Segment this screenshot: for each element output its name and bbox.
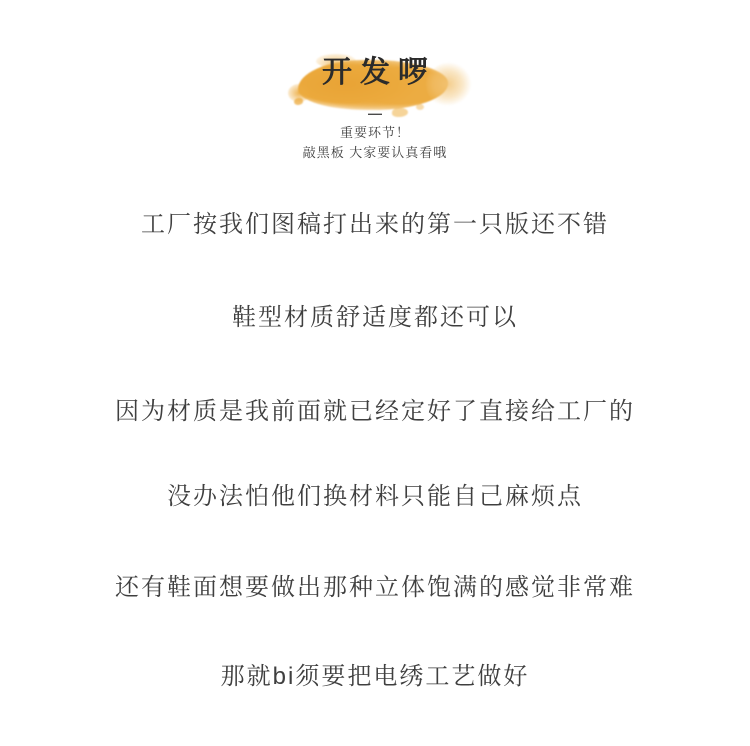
body-line: 那就bi须要把电绣工艺做好 xyxy=(0,660,750,694)
body-line: 因为材质是我前面就已经定好了直接给工厂的 xyxy=(0,395,750,429)
promo-content-image: 开发啰 — 重要环节！ 敲黑板 大家要认真看哦 工厂按我们图稿打出来的第一只版还… xyxy=(0,0,750,746)
body-line: 还有鞋面想要做出那种立体饱满的感觉非常难 xyxy=(0,571,750,605)
page-title: 开发啰 xyxy=(0,56,750,90)
body-line: 没办法怕他们换材料只能自己麻烦点 xyxy=(0,480,750,514)
body-line: 鞋型材质舒适度都还可以 xyxy=(0,301,750,335)
body-line: 工厂按我们图稿打出来的第一只版还不错 xyxy=(0,208,750,242)
subtitle-emphasis: 重要环节！ xyxy=(0,124,750,142)
divider-dash: — xyxy=(0,104,750,122)
subtitle-note: 敲黑板 大家要认真看哦 xyxy=(0,144,750,162)
